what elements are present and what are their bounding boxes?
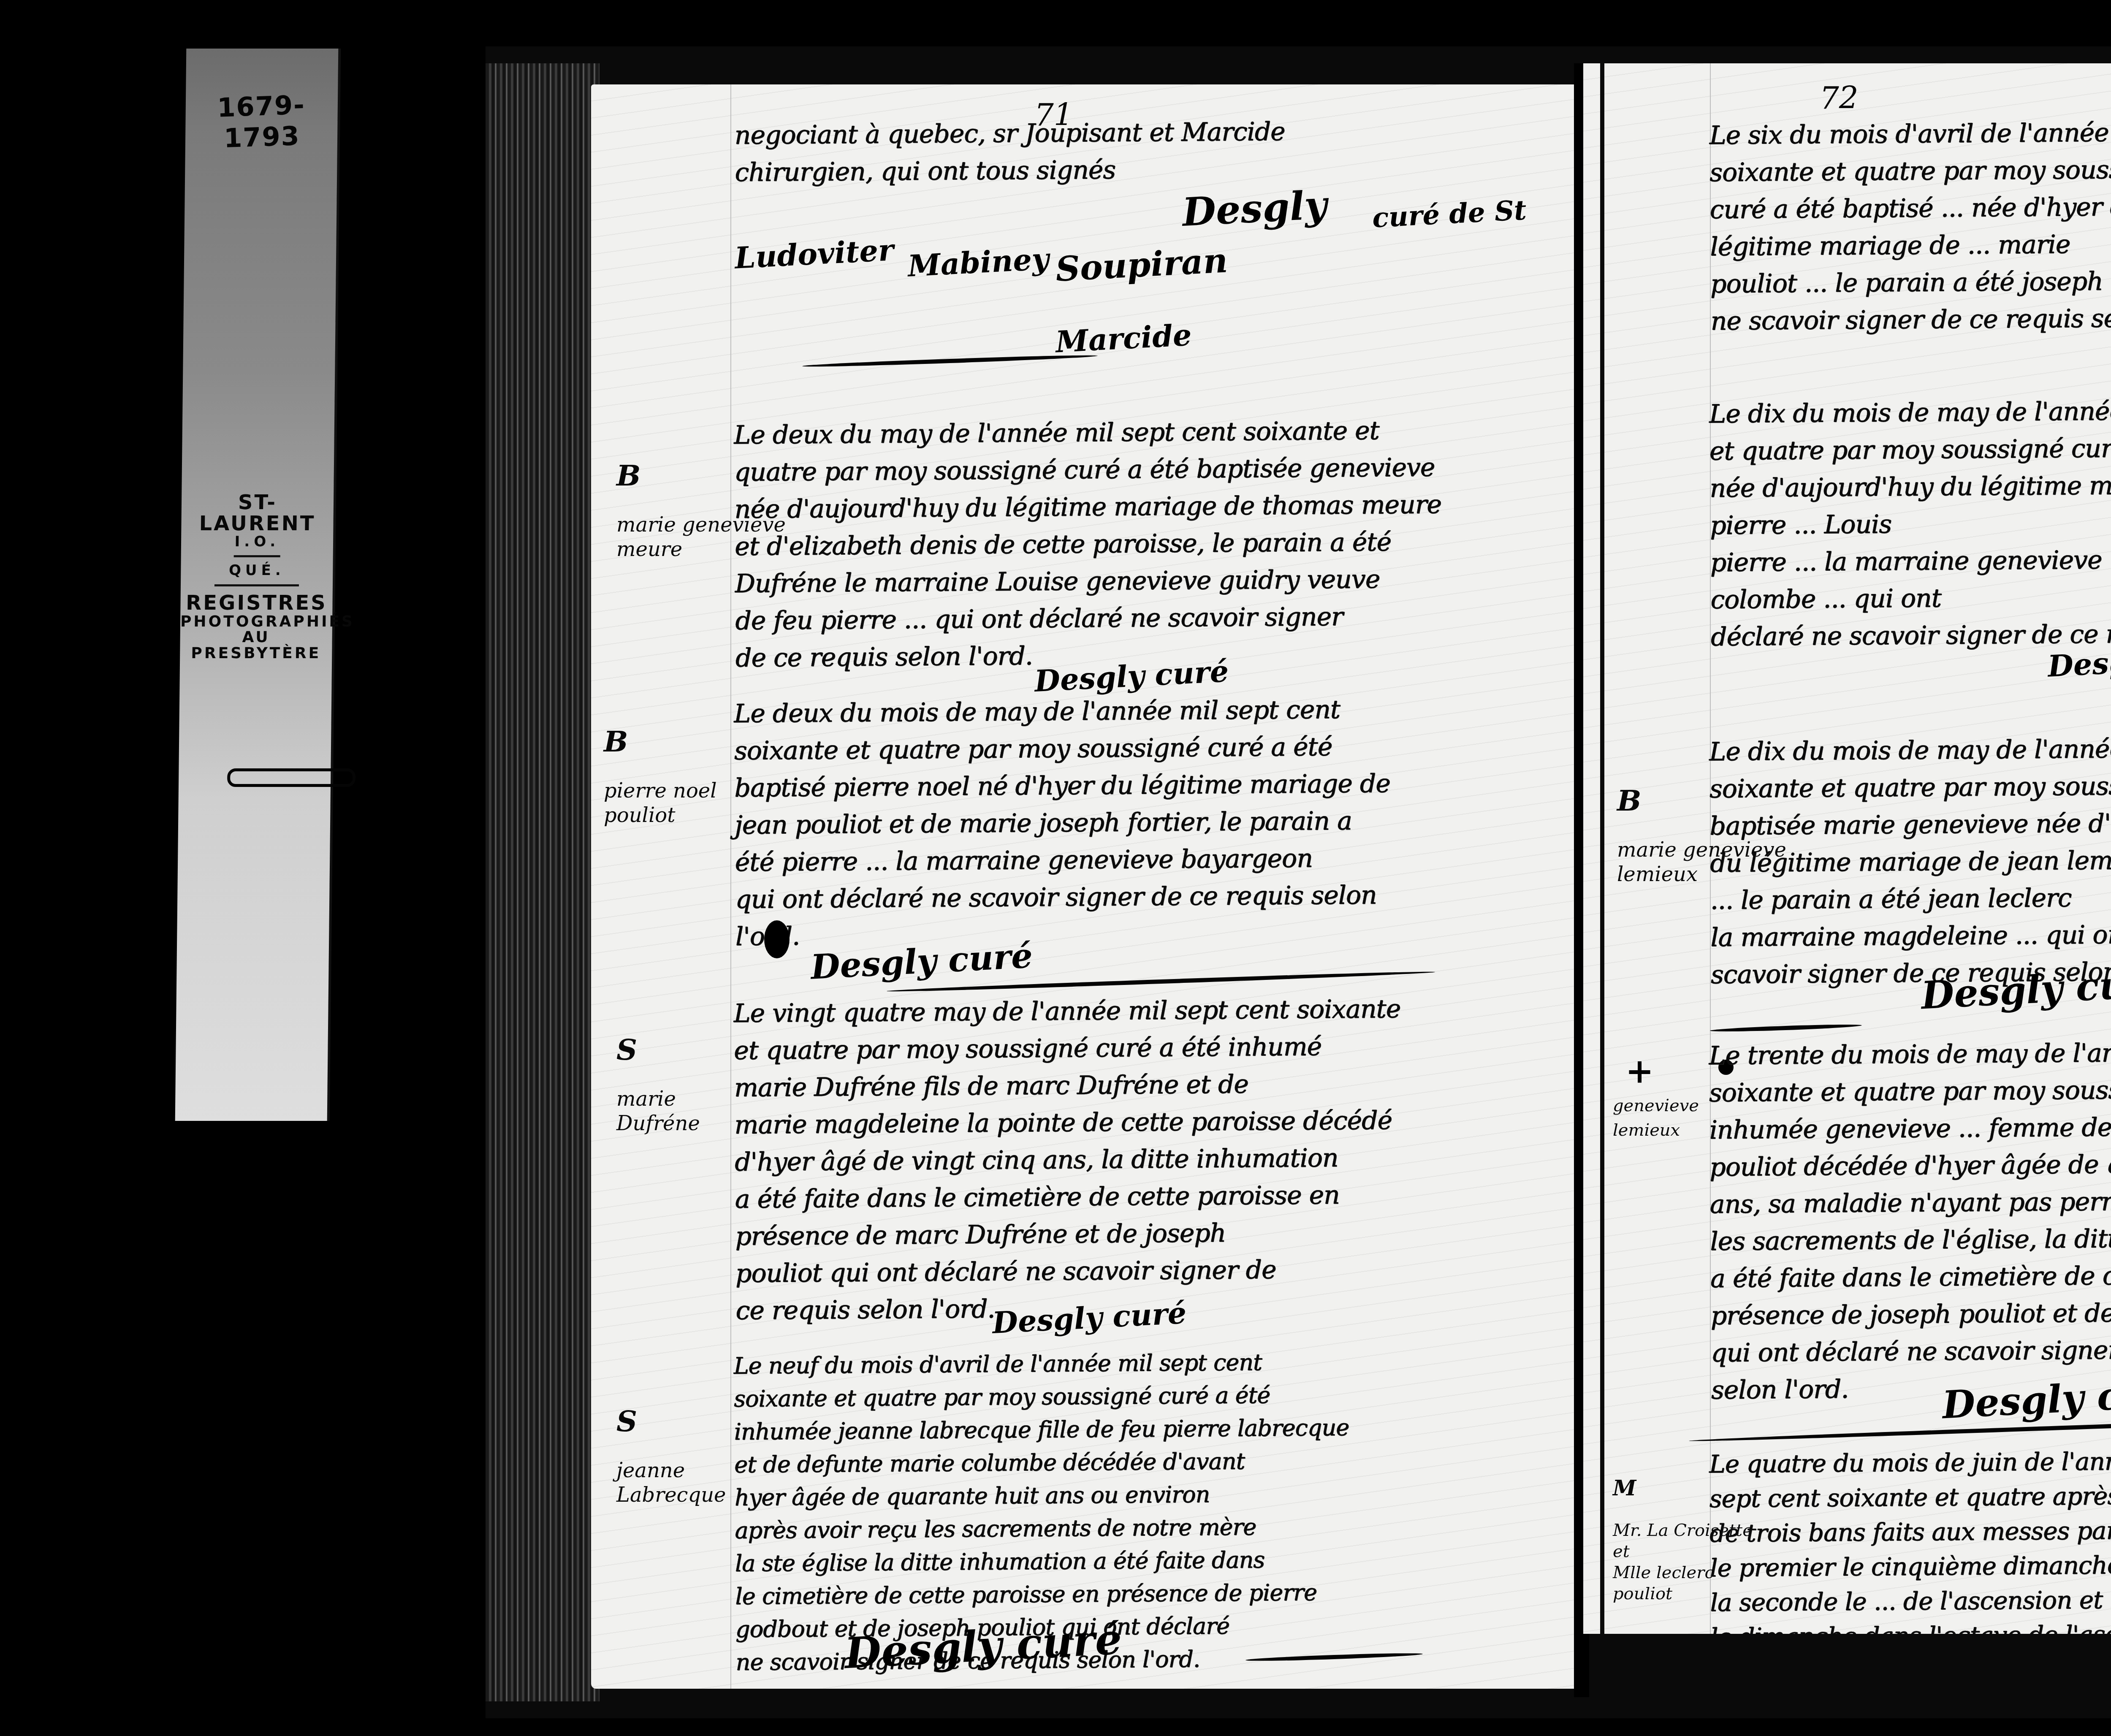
entry-text: Le trente du mois de may de l'année mil … — [1709, 1031, 2111, 1409]
margin-note: B pierre noel pouliot — [604, 705, 717, 827]
label-line-registres: REGISTRES — [180, 592, 333, 613]
margin-rule — [730, 84, 731, 1689]
act-type-marker: B — [604, 730, 717, 754]
label-line-au: AU — [180, 629, 332, 646]
margin-note: S marie Dufréne — [616, 1013, 700, 1136]
left-page: 71 negociant à quebec, sr Joupisant et M… — [591, 84, 1579, 1689]
divider — [214, 584, 299, 586]
divider — [234, 555, 280, 557]
burial-cross-icon: + — [1625, 1051, 1654, 1091]
signature: Desgly — [1181, 182, 1328, 235]
act-type-marker: S — [616, 1409, 726, 1434]
date-range-label: 1679-1793 — [189, 88, 334, 155]
signature: curé de St — [1371, 194, 1527, 234]
entry-text: Le deux du may de l'année mil sept cent … — [734, 411, 1559, 677]
folio-number: 72 — [1820, 80, 1859, 116]
flourish — [1710, 1023, 1862, 1033]
entry-text: Le six du mois d'avril de l'année mil se… — [1709, 111, 2111, 340]
act-type-marker: S — [616, 1038, 700, 1062]
archive-label-strip: 1679-1793 ST-LAURENT I.O. QUÉ. REGISTRES… — [175, 49, 339, 1121]
margin-name: marie Dufréne — [616, 1087, 700, 1135]
entry-text: Le dix du mois de may de l'année mil sep… — [1709, 390, 2111, 656]
entry-text: Le vingt quatre may de l'année mil sept … — [733, 989, 1559, 1329]
margin-note: S jeanne Labrecque — [616, 1385, 726, 1507]
entry-text: Le quatre du mois de juin de l'année mil… — [1709, 1441, 2111, 1634]
entry-text: Le dix du mois de may de l'année mil sep… — [1709, 727, 2111, 993]
ink-blot — [764, 920, 790, 958]
flourish — [802, 354, 1098, 368]
margin-name: genevieve lemieux — [1613, 1093, 1699, 1142]
entry-text: negociant à quebec, sr Joupisant et Marc… — [734, 111, 1558, 191]
page-edges — [486, 63, 600, 1701]
province-code: QUÉ. — [181, 563, 333, 578]
margin-name: pierre noel pouliot — [604, 779, 717, 827]
signature: Mabiney — [907, 241, 1050, 283]
signature: Ludoviter — [734, 232, 895, 276]
page-border — [1600, 63, 1604, 1634]
entry-text: Le deux du mois de may de l'année mil se… — [734, 689, 1559, 955]
label-line-photographies: PHOTOGRAPHIÉS — [180, 614, 332, 630]
margin-name: jeanne Labrecque — [616, 1459, 726, 1507]
parish-register-book: 71 negociant à quebec, sr Joupisant et M… — [486, 46, 2111, 1718]
signature: Desgly — [2047, 643, 2111, 684]
label-line-presbytere: PRESBYTÈRE — [180, 646, 332, 662]
parish-name: ST-LAURENT — [181, 492, 334, 534]
signature: Soupiran — [1055, 240, 1229, 289]
signature: Marcide — [1055, 317, 1192, 360]
right-page: 72 trente septième Le six du mois d'avri… — [1583, 63, 2111, 1634]
parish-label: ST-LAURENT I.O. QUÉ. REGISTRES PHOTOGRAP… — [180, 492, 334, 662]
paperclip-icon — [227, 768, 355, 787]
region-code: I.O. — [181, 534, 333, 550]
